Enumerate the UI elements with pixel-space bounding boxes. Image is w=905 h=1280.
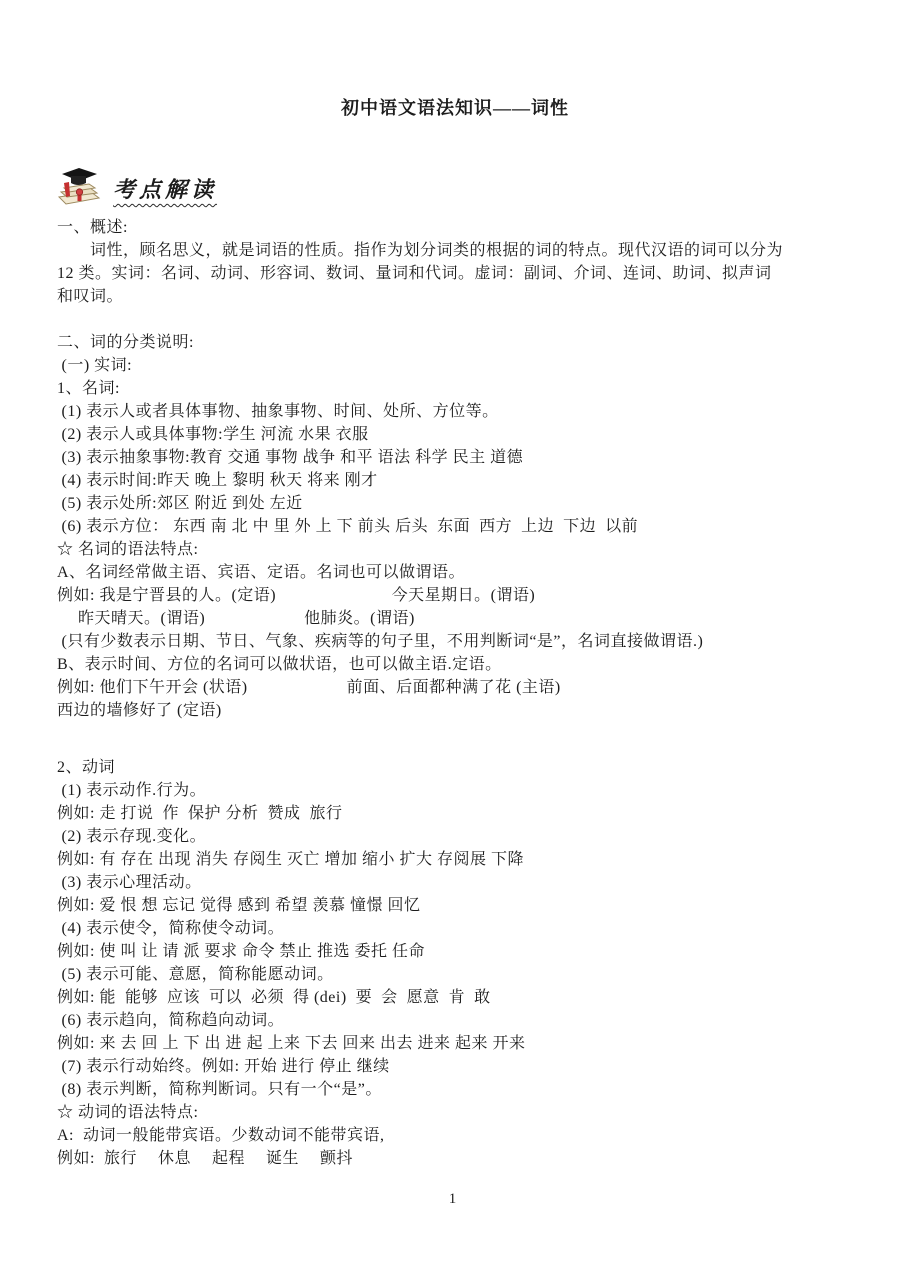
verb-item-line: (2) 表示存现.变化。	[57, 825, 853, 848]
verb-item-line: 例如: 来 去 回 上 下 出 进 起 上来 下去 回来 出去 进来 起来 开来	[57, 1032, 853, 1055]
noun-item-line: (1) 表示人或者具体事物、抽象事物、时间、处所、方位等。	[57, 400, 853, 423]
verb-heading: 2、动词	[57, 756, 853, 779]
noun-feature-line: A、名词经常做主语、宾语、定语。名词也可以做谓语。	[57, 561, 853, 584]
noun-feature-line: 西边的墙修好了 (定语)	[57, 699, 853, 722]
verb-feature-line: A: 动词一般能带宾语。少数动词不能带宾语,	[57, 1124, 853, 1147]
kaodian-label: 考点解读	[113, 173, 217, 208]
noun-item-line: (6) 表示方位： 东西 南 北 中 里 外 上 下 前头 后头 东面 西方 上…	[57, 515, 853, 538]
noun-item-line: (4) 表示时间:昨天 晚上 黎明 秋天 将来 刚才	[57, 469, 853, 492]
spacer	[57, 722, 853, 756]
document-page: 初中语文语法知识——词性 考点解读 一、概述: 词性，顾名思义，就是词语的性质。…	[0, 0, 905, 1280]
noun-item-line: (5) 表示处所:郊区 附近 到处 左近	[57, 492, 853, 515]
noun-item-line: (3) 表示抽象事物:教育 交通 事物 战争 和平 语法 科学 民主 道德	[57, 446, 853, 469]
noun-feature-line: B、表示时间、方位的名词可以做状语，也可以做主语.定语。	[57, 653, 853, 676]
verb-item-line: (7) 表示行动始终。例如: 开始 进行 停止 继续	[57, 1055, 853, 1078]
verb-item-line: 例如: 走 打说 作 保护 分析 赞成 旅行	[57, 802, 853, 825]
verb-item-line: (4) 表示使令，简称使令动词。	[57, 917, 853, 940]
overview-heading: 一、概述:	[57, 216, 853, 239]
kaodian-badge: 考点解读	[57, 164, 853, 208]
verb-item-line: (8) 表示判断，简称判断词。只有一个“是”。	[57, 1078, 853, 1101]
noun-feature-line: 昨天晴天。(谓语) 他肺炎。(谓语)	[57, 607, 853, 630]
noun-feature-line: 例如: 我是宁晋县的人。(定语) 今天星期日。(谓语)	[57, 584, 853, 607]
noun-features-heading: ☆ 名词的语法特点:	[57, 538, 853, 561]
verb-item-line: (3) 表示心理活动。	[57, 871, 853, 894]
classification-heading: 二、词的分类说明:	[57, 331, 853, 354]
spacer	[57, 308, 853, 331]
verb-item-line: (6) 表示趋向，简称趋向动词。	[57, 1009, 853, 1032]
noun-feature-line: (只有少数表示日期、节日、气象、疾病等的句子里，不用判断词“是”，名词直接做谓语…	[57, 630, 853, 653]
verb-feature-line: 例如: 旅行 休息 起程 诞生 颤抖	[57, 1147, 853, 1170]
overview-line: 12 类。实词：名词、动词、形容词、数词、量词和代词。虚词：副词、介词、连词、助…	[57, 262, 853, 285]
verb-item-line: 例如: 能 能够 应该 可以 必须 得 (dei) 要 会 愿意 肯 敢	[57, 986, 853, 1009]
verb-item-line: 例如: 爱 恨 想 忘记 觉得 感到 希望 羡慕 憧憬 回忆	[57, 894, 853, 917]
overview-line: 词性，顾名思义，就是词语的性质。指作为划分词类的根据的词的特点。现代汉语的词可以…	[57, 239, 853, 262]
verb-item-line: (5) 表示可能、意愿，简称能愿动词。	[57, 963, 853, 986]
shici-subheading: (一) 实词:	[57, 354, 853, 377]
verb-features-heading: ☆ 动词的语法特点:	[57, 1101, 853, 1124]
verb-item-line: 例如: 有 存在 出现 消失 存阅生 灭亡 增加 缩小 扩大 存阅展 下降	[57, 848, 853, 871]
verb-item-line: (1) 表示动作.行为。	[57, 779, 853, 802]
page-title: 初中语文语法知识——词性	[57, 94, 853, 120]
verb-item-line: 例如: 使 叫 让 请 派 要求 命令 禁止 推选 委托 任命	[57, 940, 853, 963]
noun-feature-line: 例如: 他们下午开会 (状语) 前面、后面都种满了花 (主语)	[57, 676, 853, 699]
noun-heading: 1、名词:	[57, 377, 853, 400]
document-body: 一、概述: 词性，顾名思义，就是词语的性质。指作为划分词类的根据的词的特点。现代…	[57, 216, 853, 1170]
graduation-cap-icon	[57, 166, 103, 208]
overview-line: 和叹词。	[57, 285, 853, 308]
page-number: 1	[0, 1191, 905, 1208]
noun-item-line: (2) 表示人或具体事物:学生 河流 水果 衣服	[57, 423, 853, 446]
